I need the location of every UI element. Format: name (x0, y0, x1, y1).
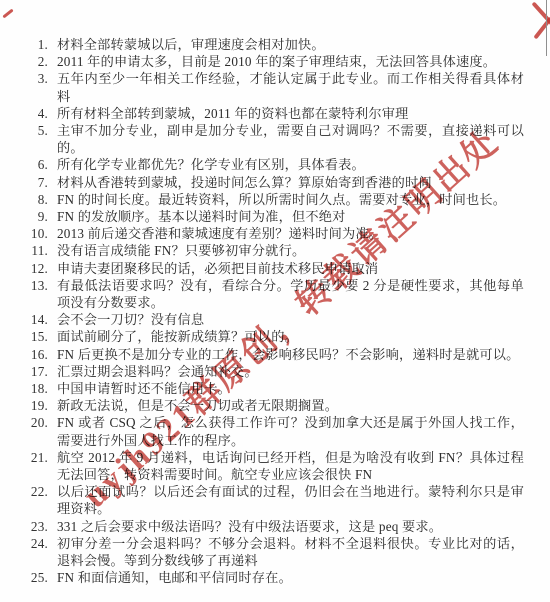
list-item: 14. 会不会一刀切？没有信息 (26, 311, 524, 328)
list-item: 18. 中国申请暂时还不能信用卡。 (26, 380, 524, 397)
list-item: 3. 五年内至少一年相关工作经验，才能认定属于此专业。而工作相关得看具体材料 (26, 70, 524, 104)
item-text: 有最低法语要求吗？没有，看综合分。学历最少要 2 分是硬性要求，其他每单项没有分… (57, 277, 524, 311)
item-number: 10. (26, 225, 48, 242)
item-text: FN 后更换不是加分专业的工作，会影响移民吗？不会影响，递料时是就可以。 (57, 346, 524, 363)
item-number: 6. (26, 156, 48, 173)
item-number: 11. (26, 242, 48, 259)
item-number: 20. (26, 414, 48, 431)
list-item: 2. 2011 年的申请太多，目前是 2010 年的案子审理结束，无法回答具体速… (26, 53, 524, 70)
item-text: 汇票过期会退料吗？会通知补交。 (57, 363, 524, 380)
item-text: 新政无法说，但是不会一刀切或者无限期搁置。 (57, 397, 524, 414)
item-number: 18. (26, 380, 48, 397)
item-number: 14. (26, 311, 48, 328)
item-text: 五年内至少一年相关工作经验，才能认定属于此专业。而工作相关得看具体材料 (57, 70, 524, 104)
list-item: 12. 申请夫妻团聚移民的话，必须把目前技术移民申请取消 (26, 260, 524, 277)
item-text: 2011 年的申请太多，目前是 2010 年的案子审理结束，无法回答具体速度。 (57, 53, 524, 70)
item-text: 主审不加分专业，副申是加分专业，需要自己对调吗？不需要，直接递料可以的。 (57, 122, 524, 156)
item-number: 19. (26, 397, 48, 414)
item-text: FN 或者 CSQ 之后，怎么获得工作许可？没到加拿大还是属于外国人找工作，需要… (57, 414, 524, 448)
list-item: 25. FN 和面信通知，电邮和平信同时存在。 (26, 569, 524, 586)
list-item: 11. 没有语言成绩能 FN？只要够初审分就行。 (26, 242, 524, 259)
item-text: 材料从香港转到蒙城，投递时间怎么算？算原始寄到香港的时间 (57, 174, 524, 191)
item-text: 申请夫妻团聚移民的话，必须把目前技术移民申请取消 (57, 260, 524, 277)
item-number: 24. (26, 535, 48, 552)
list-item: 9. FN 的发放顺序。基本以递料时间为准，但不绝对 (26, 208, 524, 225)
faq-list: 1. 材料全部转蒙城以后，审理速度会相对加快。 2. 2011 年的申请太多，目… (0, 36, 550, 587)
watermark-fragment-top-left (2, 6, 18, 22)
item-text: 以后还面试吗？以后还会有面试的过程，仍旧会在当地进行。蒙特利尔只是审理资料。 (57, 483, 524, 517)
list-item: 5. 主审不加分专业，副申是加分专业，需要自己对调吗？不需要，直接递料可以的。 (26, 122, 524, 156)
item-number: 3. (26, 70, 48, 87)
item-number: 4. (26, 105, 48, 122)
list-item: 19. 新政无法说，但是不会一刀切或者无限期搁置。 (26, 397, 524, 414)
list-item: 16. FN 后更换不是加分专业的工作，会影响移民吗？不会影响，递料时是就可以。 (26, 346, 524, 363)
item-text: 331 之后会要求中级法语吗？没有中级法语要求，这是 peq 要求。 (57, 518, 524, 535)
item-number: 25. (26, 569, 48, 586)
item-number: 22. (26, 483, 48, 500)
scan-edge-line (546, 0, 547, 56)
item-number: 1. (26, 36, 48, 53)
list-item: 23. 331 之后会要求中级法语吗？没有中级法语要求，这是 peq 要求。 (26, 518, 524, 535)
list-item: 13. 有最低法语要求吗？没有，看综合分。学历最少要 2 分是硬性要求，其他每单… (26, 277, 524, 311)
list-item: 24. 初审分差一分会退料吗？不够分会退料。材料不全退料很快。专业比对的话，退料… (26, 535, 524, 569)
item-number: 23. (26, 518, 48, 535)
item-number: 5. (26, 122, 48, 139)
item-text: 初审分差一分会退料吗？不够分会退料。材料不全退料很快。专业比对的话，退料会慢。等… (57, 535, 524, 569)
item-text: 面试前刷分了，能按新成绩算？可以的。 (57, 328, 524, 345)
list-item: 17. 汇票过期会退料吗？会通知补交。 (26, 363, 524, 380)
list-item: 22. 以后还面试吗？以后还会有面试的过程，仍旧会在当地进行。蒙特利尔只是审理资… (26, 483, 524, 517)
item-text: 2013 前后递交香港和蒙城速度有差别？递料时间为准。 (57, 225, 524, 242)
item-text: 航空 2012 年 9 月递料，电话询问已经开档，但是为啥没有收到 FN？具体过… (57, 449, 524, 483)
item-number: 15. (26, 328, 48, 345)
list-item: 7. 材料从香港转到蒙城，投递时间怎么算？算原始寄到香港的时间 (26, 174, 524, 191)
list-item: 4. 所有材料全部转到蒙城，2011 年的资料也都在蒙特利尔审理 (26, 105, 524, 122)
list-item: 20. FN 或者 CSQ 之后，怎么获得工作许可？没到加拿大还是属于外国人找工… (26, 414, 524, 448)
item-text: 会不会一刀切？没有信息 (57, 311, 524, 328)
item-number: 13. (26, 277, 48, 294)
scanned-document-page: 1. 材料全部转蒙城以后，审理速度会相对加快。 2. 2011 年的申请太多，目… (0, 0, 550, 602)
list-item: 6. 所有化学专业都优先？化学专业有区别，具体看表。 (26, 156, 524, 173)
list-item: 10. 2013 前后递交香港和蒙城速度有差别？递料时间为准。 (26, 225, 524, 242)
item-text: 所有材料全部转到蒙城，2011 年的资料也都在蒙特利尔审理 (57, 105, 524, 122)
item-number: 16. (26, 346, 48, 363)
item-text: FN 的发放顺序。基本以递料时间为准，但不绝对 (57, 208, 524, 225)
item-text: 没有语言成绩能 FN？只要够初审分就行。 (57, 242, 524, 259)
item-number: 7. (26, 174, 48, 191)
item-number: 9. (26, 208, 48, 225)
item-text: FN 和面信通知，电邮和平信同时存在。 (57, 569, 524, 586)
item-number: 21. (26, 449, 48, 466)
item-text: 中国申请暂时还不能信用卡。 (57, 380, 524, 397)
list-item: 1. 材料全部转蒙城以后，审理速度会相对加快。 (26, 36, 524, 53)
item-number: 17. (26, 363, 48, 380)
item-number: 2. (26, 53, 48, 70)
item-text: 材料全部转蒙城以后，审理速度会相对加快。 (57, 36, 524, 53)
item-number: 12. (26, 260, 48, 277)
list-item: 21. 航空 2012 年 9 月递料，电话询问已经开档，但是为啥没有收到 FN… (26, 449, 524, 483)
list-item: 15. 面试前刷分了，能按新成绩算？可以的。 (26, 328, 524, 345)
item-number: 8. (26, 191, 48, 208)
list-item: 8. FN 的时间长度。最近转资料，所以所需时间久点。需要对专业，时间也长。 (26, 191, 524, 208)
item-text: 所有化学专业都优先？化学专业有区别，具体看表。 (57, 156, 524, 173)
item-text: FN 的时间长度。最近转资料，所以所需时间久点。需要对专业，时间也长。 (57, 191, 524, 208)
